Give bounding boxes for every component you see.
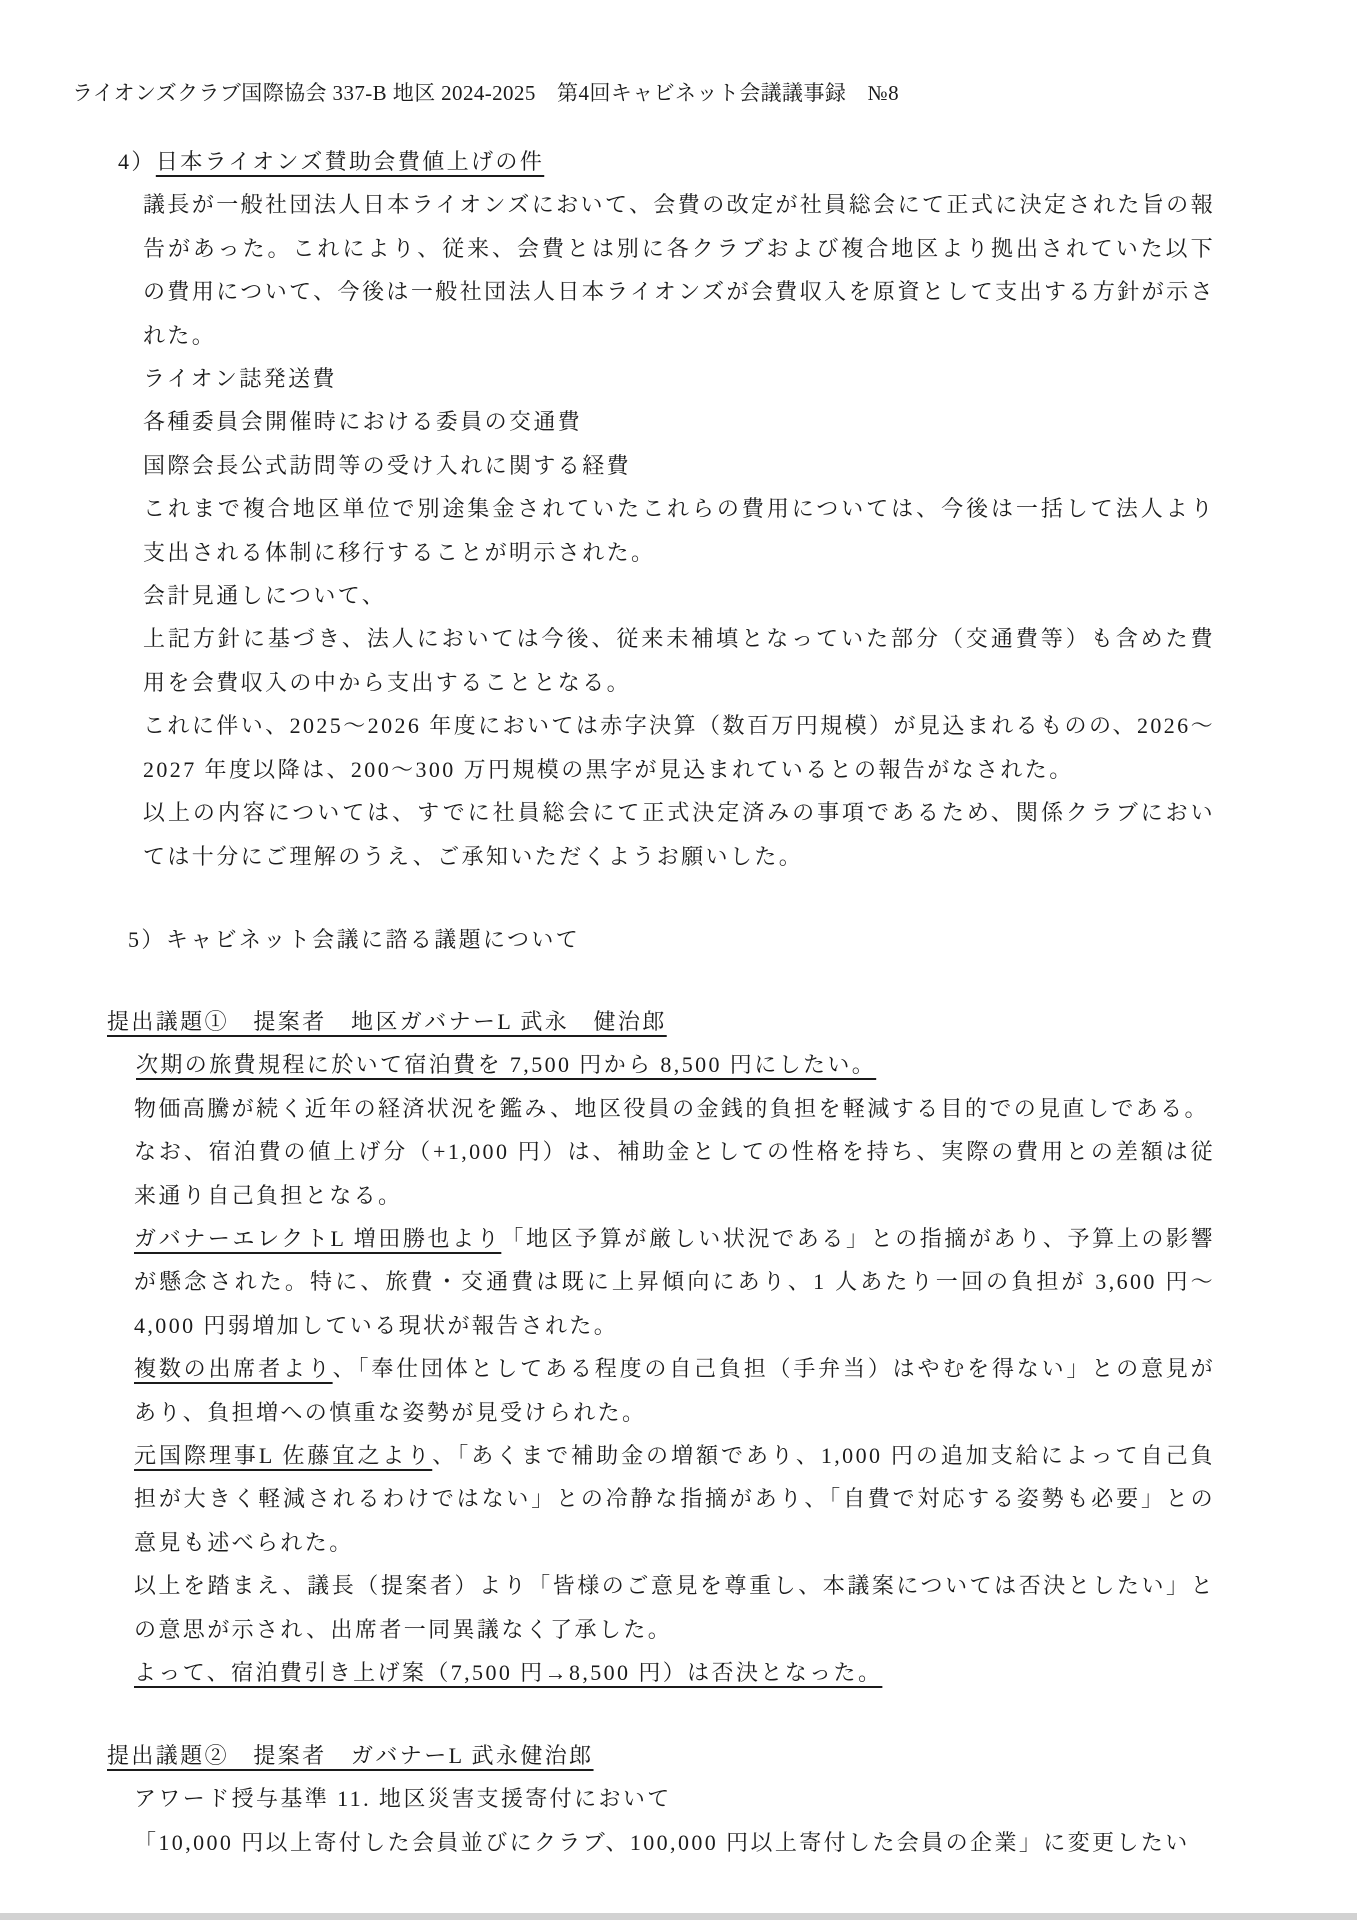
proposal-line: 次期の旅費規程に於いて宿泊費を 7,500 円から 8,500 円にしたい。 [136,1043,1227,1086]
agenda-2-heading: 提出議題② 提案者 ガバナーL 武永健治郎 [107,1734,1227,1777]
section-number: 4） [118,149,156,174]
speaker-name: ガバナーエレクトL 増田勝也より [134,1226,501,1251]
paragraph: ガバナーエレクトL 増田勝也より「地区予算が厳しい状況である」との指摘があり、予… [134,1217,1215,1347]
list-item: 各種委員会開催時における委員の交通費 [143,400,1215,443]
paragraph-text: 物価高騰が続く近年の経済状況を鑑み、地区役員の金銭的負担を軽減する目的での見直し… [134,1096,1209,1121]
section-title: キャビネット会議に諮る議題について [166,927,580,952]
section-5: 5）キャビネット会議に諮る議題について [128,918,580,961]
agenda-item-1: 提出議題① 提案者 地区ガバナーL 武永 健治郎 次期の旅費規程に於いて宿泊費を… [107,1000,1227,1695]
paragraph: 以上を踏まえ、議長（提案者）より「皆様のご意見を尊重し、本議案については否決とし… [134,1564,1215,1651]
section-4: 4）日本ライオンズ賛助会費値上げの件 議長が一般社団法人日本ライオンズにおいて、… [118,140,1228,878]
section-title: 日本ライオンズ賛助会費値上げの件 [156,149,544,174]
paragraph: なお、宿泊費の値上げ分（+1,000 円）は、補助金としての性格を持ち、実際の費… [134,1130,1215,1217]
resolution-text: よって、宿泊費引き上げ案（7,500 円→8,500 円）は否決となった。 [134,1660,882,1685]
agenda-item-2: 提出議題② 提案者 ガバナーL 武永健治郎 アワード授与基準 11. 地区災害支… [107,1734,1227,1864]
paragraph: アワード授与基準 11. 地区災害支援寄付において [134,1777,1215,1820]
proposal-text: 次期の旅費規程に於いて宿泊費を 7,500 円から 8,500 円にしたい。 [136,1052,876,1077]
paragraph: これまで複合地区単位で別途集金されていたこれらの費用については、今後は一括して法… [143,487,1215,574]
paragraph: 「10,000 円以上寄付した会員並びにクラブ、100,000 円以上寄付した会… [134,1821,1215,1864]
paragraph: 会計見通しについて、 [143,574,1215,617]
speaker-name: 元国際理事L 佐藤宜之より [134,1443,432,1468]
section-5-heading: 5）キャビネット会議に諮る議題について [128,918,580,961]
document-page: ライオンズクラブ国際協会 337-B 地区 2024-2025 第4回キャビネッ… [0,0,1357,1920]
paragraph: 物価高騰が続く近年の経済状況を鑑み、地区役員の金銭的負担を軽減する目的での見直し… [134,1087,1215,1130]
paragraph: 上記方針に基づき、法人においては今後、従来未補填となっていた部分（交通費等）も含… [143,617,1215,704]
section-4-body: 議長が一般社団法人日本ライオンズにおいて、会費の改定が社員総会にて正式に決定され… [143,183,1215,878]
agenda-2-body: アワード授与基準 11. 地区災害支援寄付において 「10,000 円以上寄付し… [134,1777,1215,1864]
paragraph: 元国際理事L 佐藤宜之より、「あくまで補助金の増額であり、1,000 円の追加支… [134,1434,1215,1564]
paragraph: 議長が一般社団法人日本ライオンズにおいて、会費の改定が社員総会にて正式に決定され… [143,183,1215,357]
list-item: ライオン誌発送費 [143,357,1215,400]
speaker-name: 複数の出席者より [134,1356,333,1381]
scan-edge [0,1913,1357,1920]
agenda-2-title: 提出議題② 提案者 ガバナーL 武永健治郎 [107,1743,594,1768]
paragraph-text: なお、宿泊費の値上げ分（+1,000 円）は、補助金としての性格を持ち、実際の費… [134,1139,1215,1207]
document-header: ライオンズクラブ国際協会 337-B 地区 2024-2025 第4回キャビネッ… [72,78,899,108]
paragraph: 複数の出席者より、「奉仕団体としてある程度の自己負担（手弁当）はやむを得ない」と… [134,1347,1215,1434]
agenda-1-body: 物価高騰が続く近年の経済状況を鑑み、地区役員の金銭的負担を軽減する目的での見直し… [134,1087,1215,1695]
resolution-line: よって、宿泊費引き上げ案（7,500 円→8,500 円）は否決となった。 [134,1651,1215,1694]
list-item: 国際会長公式訪問等の受け入れに関する経費 [143,444,1215,487]
agenda-1-heading: 提出議題① 提案者 地区ガバナーL 武永 健治郎 [107,1000,1227,1043]
paragraph: これに伴い、2025～2026 年度においては赤字決算（数百万円規模）が見込まれ… [143,704,1215,791]
agenda-1-title: 提出議題① 提案者 地区ガバナーL 武永 健治郎 [107,1009,667,1034]
paragraph-text: 以上を踏まえ、議長（提案者）より「皆様のご意見を尊重し、本議案については否決とし… [134,1573,1215,1641]
section-4-heading: 4）日本ライオンズ賛助会費値上げの件 [118,140,1228,183]
paragraph: 以上の内容については、すでに社員総会にて正式決定済みの事項であるため、関係クラブ… [143,791,1215,878]
section-number: 5） [128,927,166,952]
